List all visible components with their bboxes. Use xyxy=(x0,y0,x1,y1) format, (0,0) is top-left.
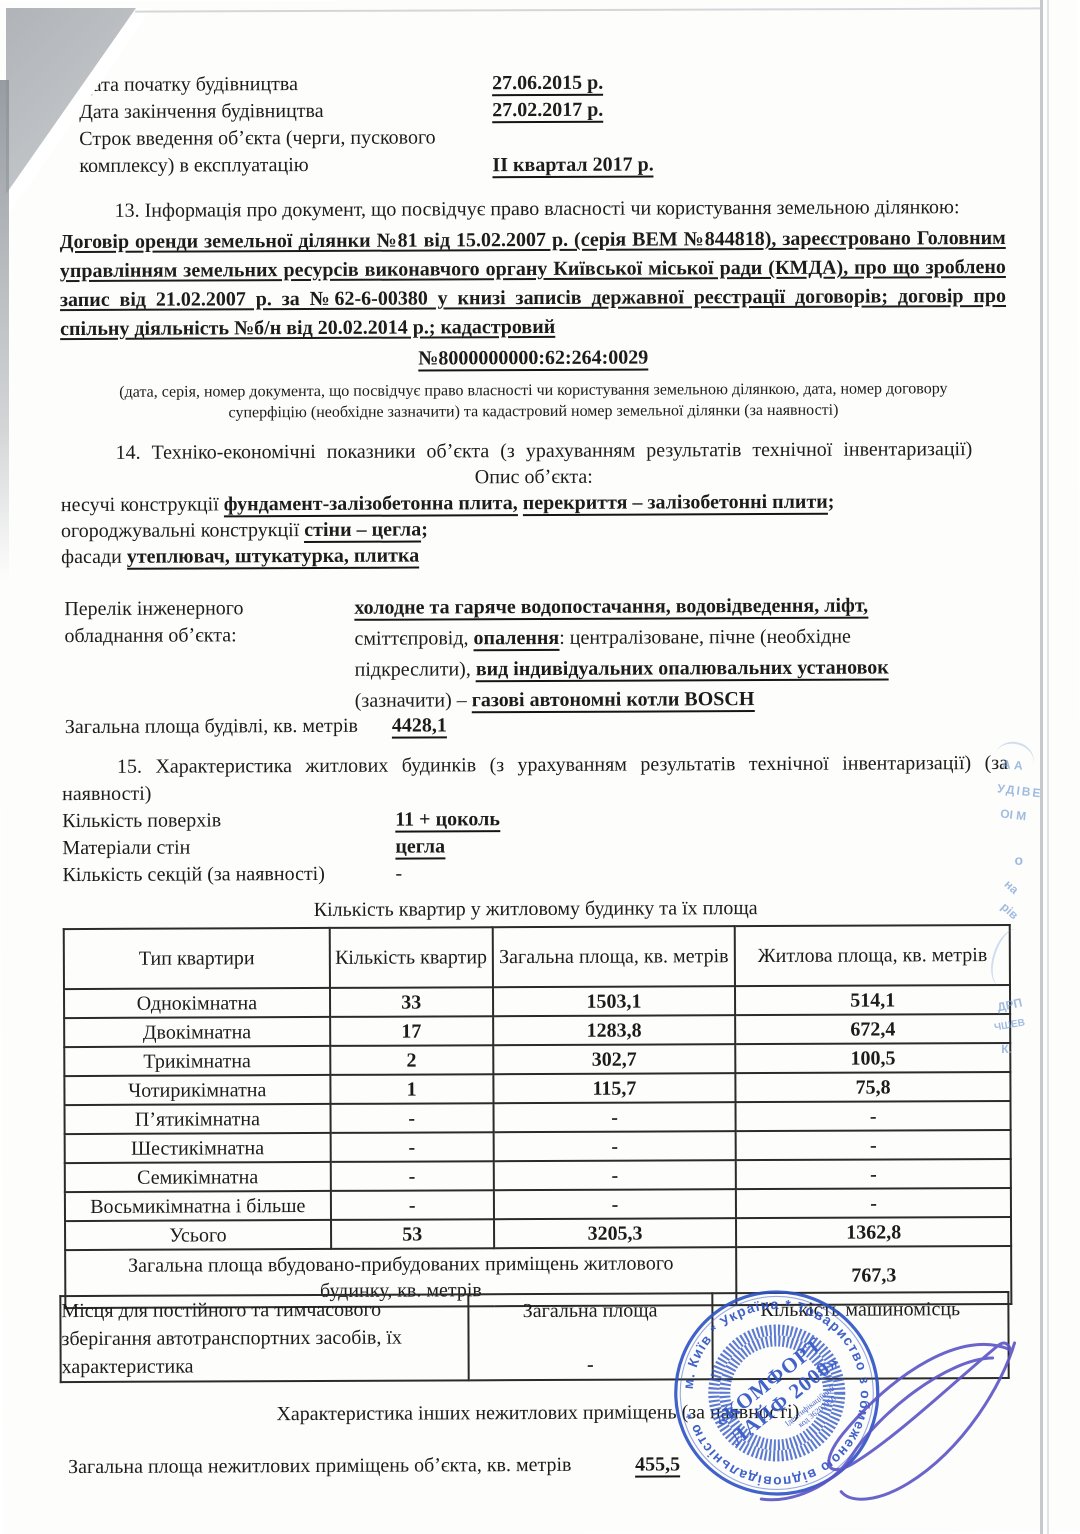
field-label: Кількість секцій (за наявності) xyxy=(62,861,395,889)
section-14: 14. Техніко-економічні показники об’єкта… xyxy=(61,436,1008,570)
cell-type: Однокімнатна xyxy=(64,988,330,1018)
table-row: Семикімнатна--- xyxy=(65,1159,1011,1192)
cell-total-area: - xyxy=(493,1131,736,1161)
description-line-facades: фасади утеплювач, штукатурка, плитка xyxy=(61,540,1007,570)
cell-living-area: - xyxy=(736,1130,1011,1160)
desc-value: утеплювач, штукатурка, плитка xyxy=(127,545,419,570)
table-row: Трикімнатна2302,7100,5 xyxy=(64,1043,1010,1076)
signature xyxy=(692,1298,1043,1530)
equipment-label: Перелік інженерного обладнання об’єкта: xyxy=(64,595,344,650)
cadastral-number: №8000000000:62:264:0029 xyxy=(418,347,648,372)
cadastral-number-line: №8000000000:62:264:0029 xyxy=(60,342,1006,374)
cell-type: Двокімнатна xyxy=(64,1017,330,1047)
cell-living-area: 672,4 xyxy=(735,1014,1010,1044)
underlined-value: 27.06.2015 р. xyxy=(492,72,603,96)
equipment-value: холодне та гаряче водопостачання, водові… xyxy=(354,590,1010,717)
cell-living-area: 514,1 xyxy=(735,985,1010,1015)
cell-type: Трикімнатна xyxy=(64,1046,330,1076)
cell-type: Восьмикімнатна і більше xyxy=(65,1191,331,1221)
apartments-table: Тип квартири Кількість квартир Загальна … xyxy=(63,924,1013,1309)
description-line-bearing-structures: несучі конструкції фундамент-залізобетон… xyxy=(61,488,1007,518)
equipment-plain: (зазначити) – xyxy=(355,689,472,712)
cell-total-area: - xyxy=(493,1160,736,1190)
scan-right-edge xyxy=(1040,0,1043,1534)
underlined-value: 4428,1 xyxy=(392,714,447,738)
header-apartment-count: Кількість квартир xyxy=(329,927,492,988)
land-document-note: (дата, серія, номер документа, що посвід… xyxy=(60,378,1006,424)
equipment-line: підкреслити), вид індивідуальних опалюва… xyxy=(355,652,1010,686)
desc-prefix: несучі конструкції xyxy=(61,493,224,516)
section-15: 15. Характеристика житлових будинків (з … xyxy=(62,750,1009,889)
field-row-floors: Кількість поверхів11 + цоколь xyxy=(62,804,1008,835)
cell-living-area: 1362,8 xyxy=(736,1217,1011,1247)
description-line-enclosing-structures: огороджувальні конструкції стіни – цегла… xyxy=(61,514,1007,544)
equipment-underlined: газові автономні котли BOSCH xyxy=(472,688,755,713)
cell-type: П’ятикімнатна xyxy=(65,1104,331,1134)
desc-prefix: огороджувальні конструкції xyxy=(61,519,304,542)
cell-total-area: - xyxy=(494,1189,737,1219)
cell-total-area: 1283,8 xyxy=(493,1015,736,1045)
field-value-construction-start: 27.06.2015 р. xyxy=(492,70,603,97)
equipment-underlined: опалення xyxy=(473,627,559,651)
field-value: цегла xyxy=(395,835,445,859)
cell-total-area: 115,7 xyxy=(493,1073,736,1103)
desc-value: фундамент-залізобетонна плита, xyxy=(224,492,518,517)
section-13-heading: 13. Інформація про документ, що посвідчу… xyxy=(60,194,1006,225)
apartments-table-title: Кількість квартир у житловому будинку та… xyxy=(63,894,1009,925)
cell-count: 1 xyxy=(330,1074,493,1104)
cell-count: - xyxy=(330,1132,493,1162)
header-apartment-type: Тип квартири xyxy=(64,928,330,989)
edge-stamp-fragment: ОІ М xyxy=(1000,806,1027,823)
field-row-sections: Кількість секцій (за наявності)- xyxy=(62,858,1008,889)
field-row-wall-materials: Матеріали стінцегла xyxy=(62,831,1008,862)
table-row: Шестикімнатна--- xyxy=(65,1130,1011,1163)
table-row-total: Усього533205,31362,8 xyxy=(65,1217,1011,1250)
object-description-title: Опис об’єкта: xyxy=(61,462,1007,492)
nonresidential-area-label: Загальна площа нежитлових приміщень об’є… xyxy=(68,1452,572,1481)
desc-value: перекриття – залізобетонні плити xyxy=(523,491,828,516)
scan-left-shadow xyxy=(0,80,9,580)
field-label-construction-end: Дата закінчення будівництва xyxy=(79,97,489,126)
cell-type: Чотирикімнатна xyxy=(64,1075,330,1105)
cell-type: Усього xyxy=(65,1220,331,1250)
land-lease-agreement-text: Договір оренди земельної ділянки №81 від… xyxy=(60,224,1006,344)
table-row: Восьмикімнатна і більше--- xyxy=(65,1188,1011,1221)
edge-stamp-fragment: К. xyxy=(1001,1042,1012,1056)
equipment-line: (зазначити) – газові автономні котли BOS… xyxy=(355,683,1010,717)
cell-total-area: 302,7 xyxy=(493,1044,736,1074)
equipment-line: холодне та гаряче водопостачання, водові… xyxy=(354,590,1009,624)
equipment-plain: сміттєпровід, xyxy=(354,627,473,650)
equipment-underlined: холодне та гаряче водопостачання, водові… xyxy=(354,595,868,621)
equipment-label-line1: Перелік інженерного xyxy=(64,595,344,623)
desc-suffix: ; xyxy=(421,518,428,540)
cell-total-area: - xyxy=(493,1102,736,1132)
header-total-area: Загальна площа, кв. метрів xyxy=(492,926,735,987)
building-area-value: 4428,1 xyxy=(392,712,447,739)
underlined-value: II квартал 2017 р. xyxy=(492,153,653,178)
desc-value: стіни – цегла xyxy=(304,519,421,544)
cell-living-area: 100,5 xyxy=(735,1043,1010,1073)
cell-count: 33 xyxy=(330,987,493,1017)
desc-prefix: фасади xyxy=(61,546,127,568)
field-value: 11 + цоколь xyxy=(395,808,500,832)
equipment-line: сміттєпровід, опалення: централізоване, … xyxy=(354,621,1009,655)
cell-living-area: - xyxy=(736,1188,1011,1218)
signature-stroke xyxy=(841,1343,1016,1499)
cell-total-area: 1503,1 xyxy=(493,986,736,1016)
cell-living-area: - xyxy=(736,1159,1011,1189)
table-row: Двокімнатна171283,8672,4 xyxy=(64,1014,1010,1047)
cell-count: - xyxy=(330,1103,493,1133)
field-label-construction-start: Дата початку будівництва xyxy=(79,70,489,99)
equipment-label-line2: обладнання об’єкта: xyxy=(64,622,344,650)
cell-type: Шестикімнатна xyxy=(65,1133,331,1163)
field-value-construction-end: 27.02.2017 р. xyxy=(492,97,603,124)
cell-living-area: 75,8 xyxy=(736,1072,1011,1102)
scanned-page: А А УДІВЕ ОІ М о на рів ДРП ЧШЕВ К. Дата… xyxy=(0,0,1080,1534)
section-14-heading: 14. Техніко-економічні показники об’єкта… xyxy=(61,436,1007,466)
cell-total-area: 3205,3 xyxy=(494,1218,737,1248)
equipment-underlined: вид індивідуальних опалювальних установо… xyxy=(476,656,889,682)
equipment-plain: підкреслити), xyxy=(355,658,476,681)
desc-suffix: ; xyxy=(828,491,835,513)
cell-count: - xyxy=(330,1161,493,1191)
parking-description-cell: Місця для постійного та тимчасового збер… xyxy=(60,1294,468,1382)
cell-count: 53 xyxy=(331,1219,494,1249)
cell-count: - xyxy=(331,1190,494,1220)
field-label: Матеріали стін xyxy=(62,834,395,862)
field-value-commissioning-term: II квартал 2017 р. xyxy=(492,151,653,179)
table-header-row: Тип квартири Кількість квартир Загальна … xyxy=(64,925,1010,989)
section-15-heading: 15. Характеристика житлових будинків (з … xyxy=(62,750,1008,808)
section-13: 13. Інформація про документ, що посвідчу… xyxy=(60,194,1007,424)
field-label-commissioning-term: Строк введення об’єкта (черги, пускового… xyxy=(79,124,499,180)
underlined-value: 27.02.2017 р. xyxy=(492,99,603,123)
cell-living-area: - xyxy=(736,1101,1011,1131)
building-area-label: Загальна площа будівлі, кв. метрів xyxy=(65,713,358,741)
cell-count: 17 xyxy=(330,1016,493,1046)
table-row: П’ятикімнатна--- xyxy=(65,1101,1011,1134)
cell-count: 2 xyxy=(330,1045,493,1075)
field-value: - xyxy=(395,863,402,885)
equipment-plain: : централізоване, пічне (необхідне xyxy=(559,626,851,649)
header-living-area: Житлова площа, кв. метрів xyxy=(735,925,1010,986)
cell-type: Семикімнатна xyxy=(65,1162,331,1192)
field-label: Кількість поверхів xyxy=(62,807,395,835)
scan-right-edge-highlight xyxy=(1047,0,1049,1534)
table-row: Чотирикімнатна1115,775,8 xyxy=(64,1072,1010,1105)
edge-stamp-fragment: о xyxy=(1014,852,1023,868)
table-row: Однокімнатна331503,1514,1 xyxy=(64,985,1010,1018)
